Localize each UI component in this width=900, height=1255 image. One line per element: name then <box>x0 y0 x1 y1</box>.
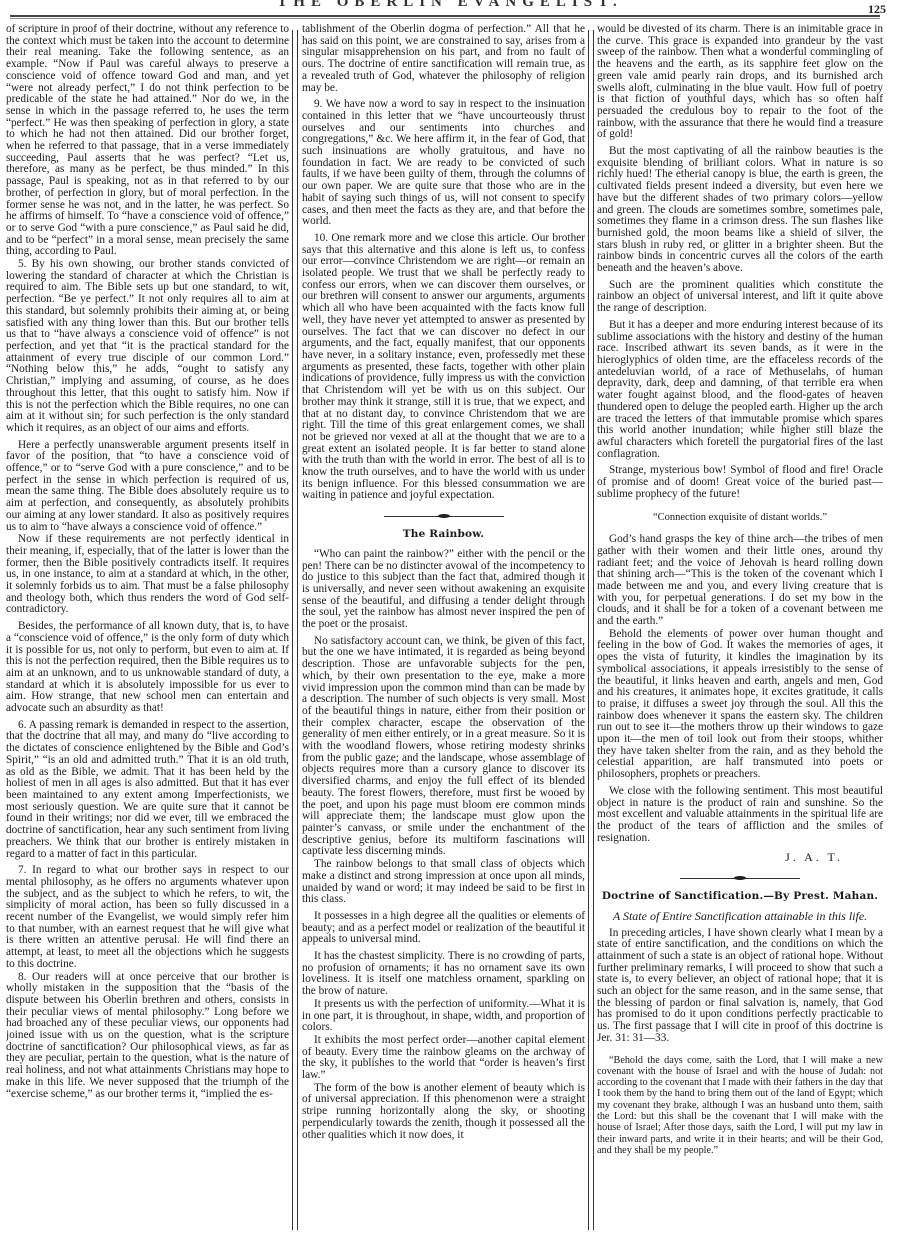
masthead: THE OBERLIN EVANGELIST. 125 <box>0 0 900 18</box>
paragraph: 8. Our readers will at once perceive tha… <box>6 972 289 1101</box>
paragraph: But the most captivating of all the rain… <box>597 146 883 275</box>
paragraph: 6. A passing remark is demanded in respe… <box>6 720 289 860</box>
article-title-rainbow: The Rainbow. <box>302 529 585 541</box>
poetic-quote: “Connection exquisite of distant worlds.… <box>597 512 883 524</box>
column-2: tablishment of the Oberlin dogma of perf… <box>302 24 585 1255</box>
paragraph: 9. We have now a word to say in respect … <box>302 99 585 228</box>
article-title-sanctification: Doctrine of Sanctification.—By Prest. Ma… <box>597 891 883 903</box>
paragraph: 10. One remark more and we close this ar… <box>302 233 585 502</box>
column-1: of scripture in proof of their doctrine,… <box>6 24 289 1255</box>
paragraph: Now if these requirements are not perfec… <box>6 534 289 616</box>
section-divider <box>680 878 800 879</box>
paragraph: The form of the bow is another element o… <box>302 1083 585 1142</box>
newspaper-title: THE OBERLIN EVANGELIST. <box>0 0 900 8</box>
column-3: would be divested of its charm. There is… <box>597 24 883 1255</box>
paragraph: It exhibits the most perfect order—anoth… <box>302 1035 585 1082</box>
paragraph: 5. By his own showing, our brother stand… <box>6 259 289 435</box>
paragraph: God’s hand grasps the key of thine arch—… <box>597 534 883 628</box>
paragraph: No satisfactory account can, we think, b… <box>302 636 585 858</box>
paragraph: tablishment of the Oberlin dogma of perf… <box>302 24 585 94</box>
article-subtitle: A State of Entire Sanctification attaina… <box>597 911 883 923</box>
paragraph: Here a perfectly unanswerable argument p… <box>6 440 289 534</box>
scripture-blockquote: “Behold the days come, saith the Lord, t… <box>597 1055 883 1157</box>
column-divider <box>292 30 298 1230</box>
paragraph: The rainbow belongs to that small class … <box>302 859 585 906</box>
paragraph: would be divested of its charm. There is… <box>597 24 883 141</box>
paragraph: It presents us with the perfection of un… <box>302 999 585 1034</box>
paragraph: Such are the prominent qualities which c… <box>597 280 883 315</box>
paragraph: But it has a deeper and more enduring in… <box>597 320 883 460</box>
author-signature: J. A. T. <box>597 852 883 864</box>
column-divider <box>588 30 594 1230</box>
paragraph: Behold the elements of power over human … <box>597 629 883 781</box>
paragraph: Strange, mysterious bow! Symbol of flood… <box>597 465 883 500</box>
header-rule <box>10 15 880 19</box>
paragraph: In preceding articles, I have shown clea… <box>597 928 883 1045</box>
paragraph: “Who can paint the rainbow?” either with… <box>302 549 585 631</box>
paragraph: 7. In regard to what our brother says in… <box>6 865 289 970</box>
paragraph: Besides, the performance of all known du… <box>6 621 289 715</box>
paragraph: of scripture in proof of their doctrine,… <box>6 24 289 258</box>
paragraph: It has the chastest simplicity. There is… <box>302 951 585 998</box>
section-divider <box>384 516 504 517</box>
paragraph: It possesses in a high degree all the qu… <box>302 911 585 946</box>
paragraph: We close with the following sentiment. T… <box>597 786 883 845</box>
